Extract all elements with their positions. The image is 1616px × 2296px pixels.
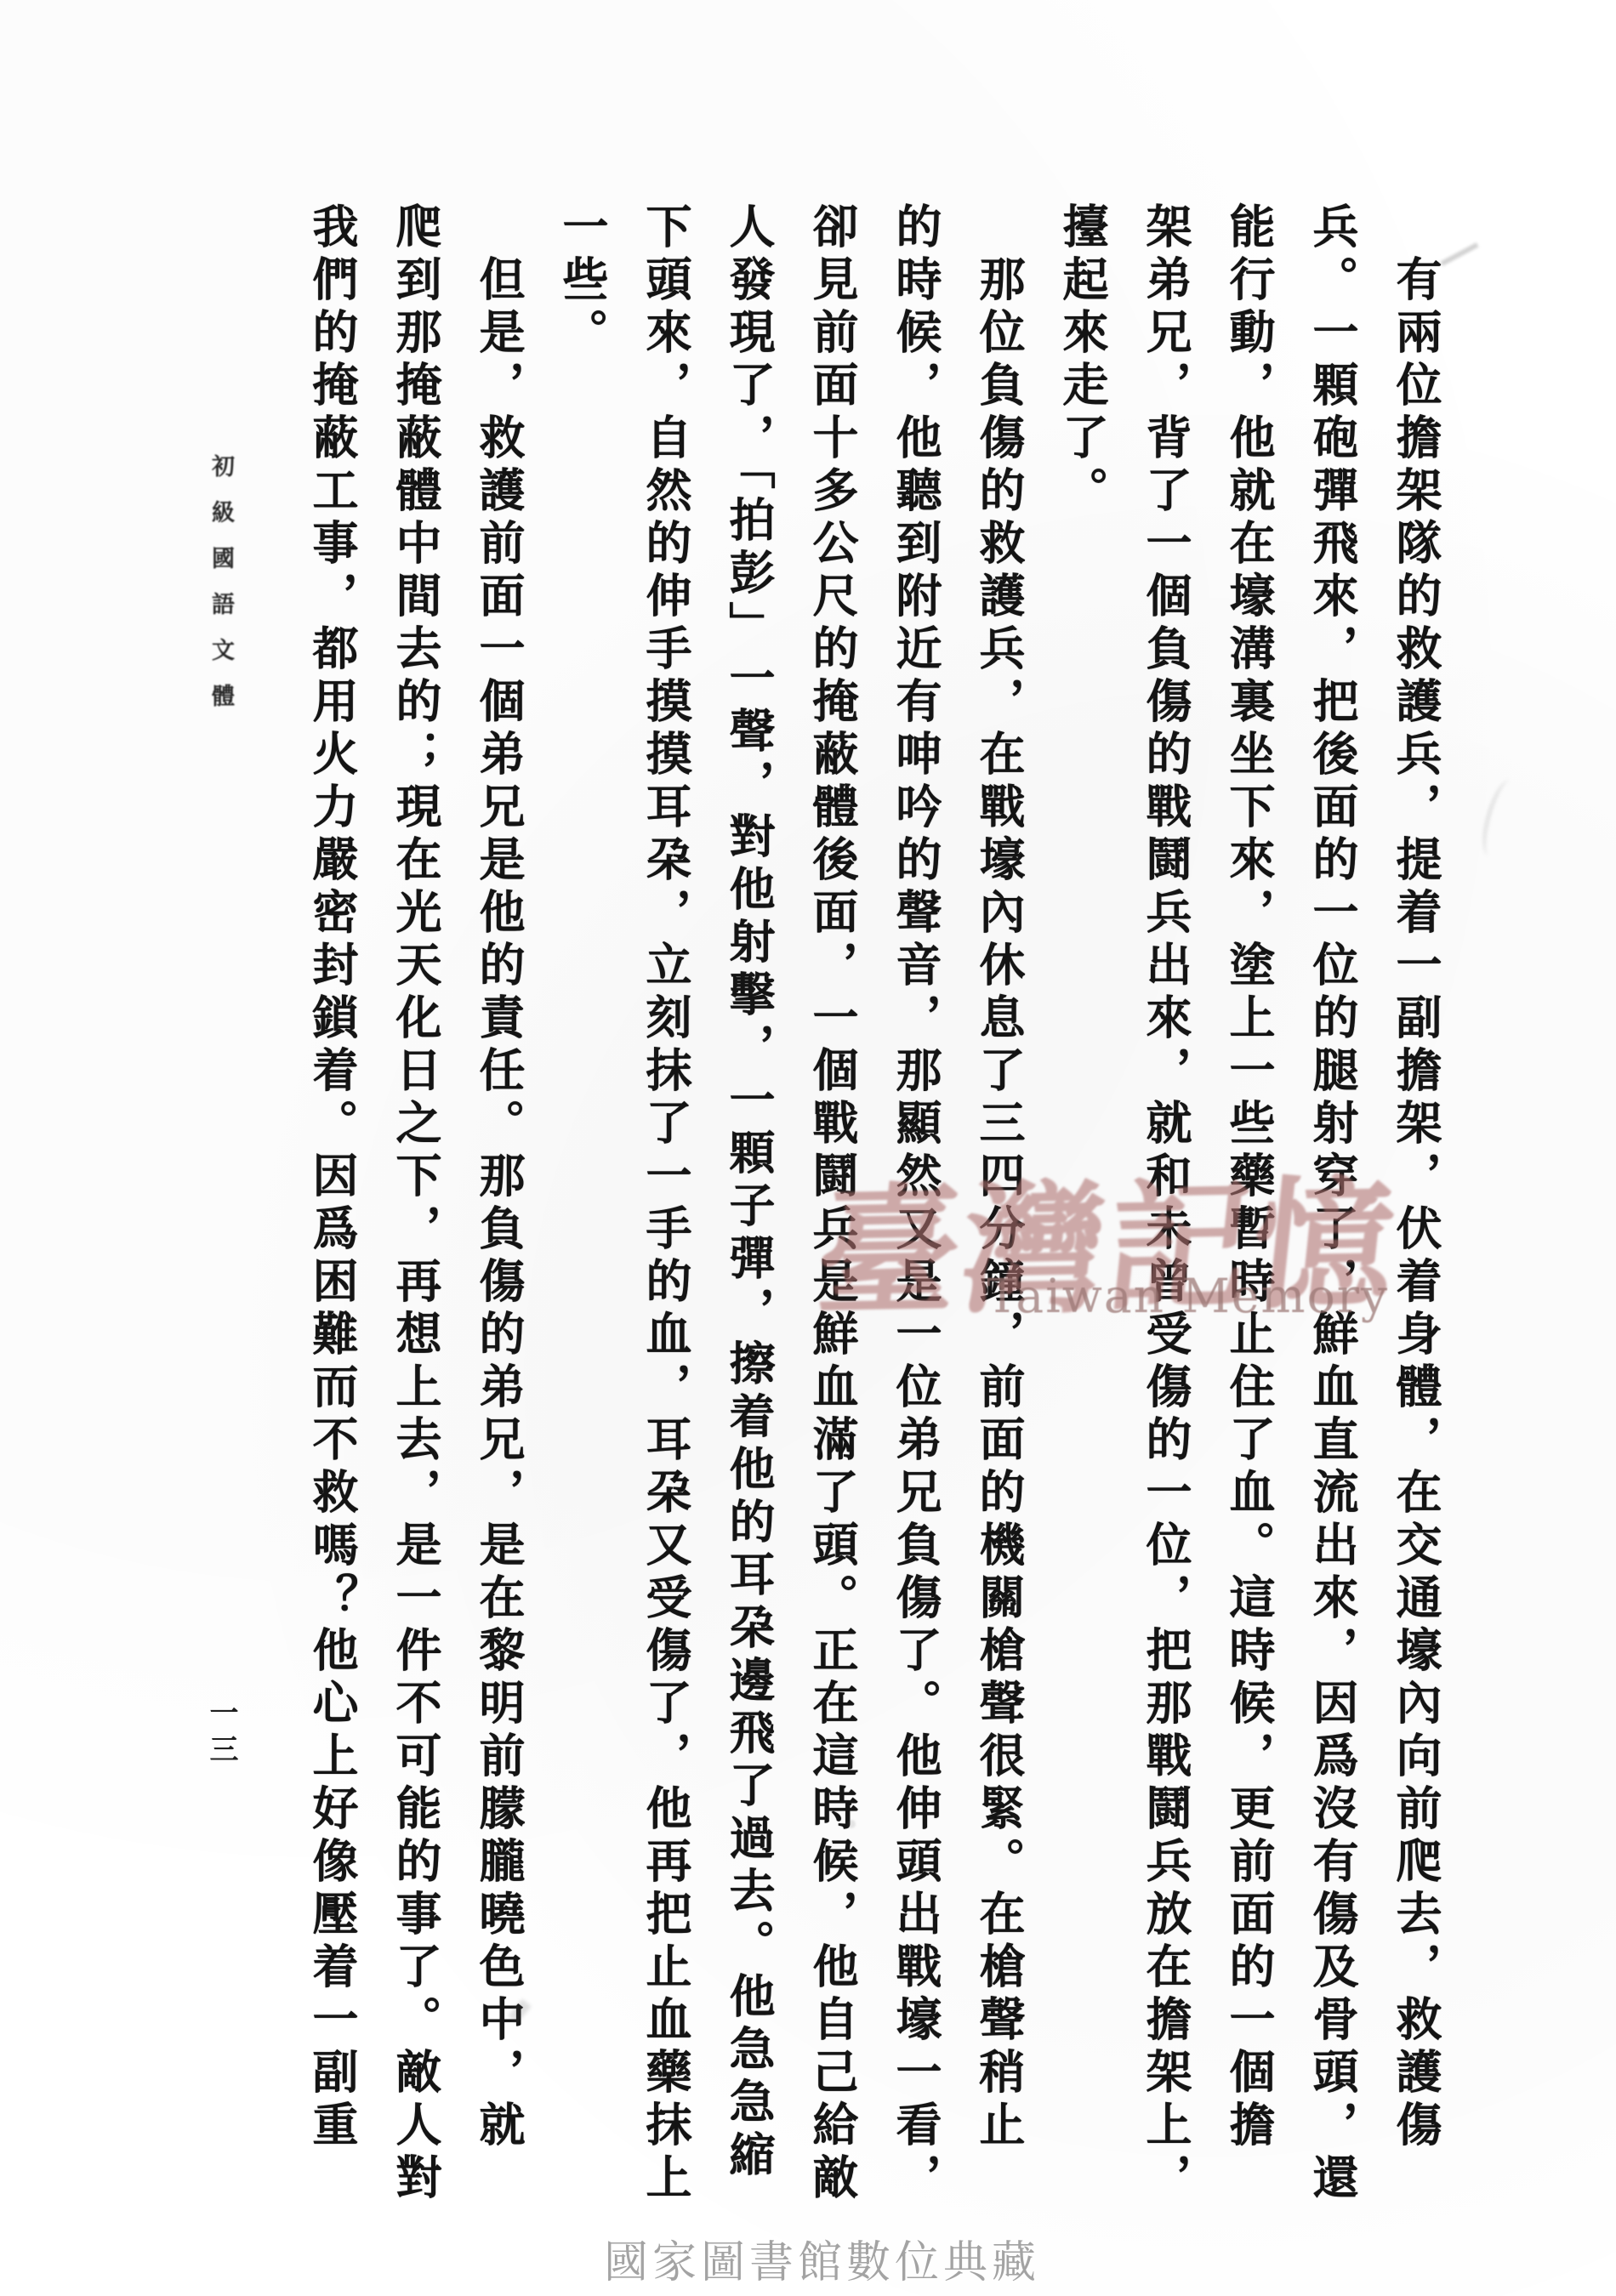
text-column: 但是，救護前面一個弟兄是他的責任。那負傷的弟兄，是在黎明前朦朧曉色中，就 <box>458 202 541 2226</box>
margin-running-title: 初級國語文體 <box>204 454 237 730</box>
taiwan-memory-watermark-latin: Taiwan Memory <box>987 1269 1389 1323</box>
text-column: 人發現了，「拍彭」一聲，對他射擊，一顆子彈，擦着他的耳朶邊飛了過去。他急急縮 <box>708 202 791 2226</box>
text-column: 爬到那掩蔽體中間去的；現在光天化日之下，再想上去，是一件不可能的事了。敵人對 <box>374 202 458 2226</box>
page-number: 一三 <box>201 1697 242 1770</box>
digital-archive-caption: 國家圖書館數位典藏 <box>604 2226 1040 2290</box>
text-column: 下頭來，自然的伸手摸摸耳朶，立刻抹了一手的血，耳朶又受傷了，他再把止血藥抹上 <box>624 202 708 2226</box>
text-column: 一些。 <box>541 202 624 2226</box>
text-column: 我們的掩蔽工事，都用火力嚴密封鎖着。因爲困難而不救嗎？他心上好像壓着一副重 <box>291 202 374 2226</box>
